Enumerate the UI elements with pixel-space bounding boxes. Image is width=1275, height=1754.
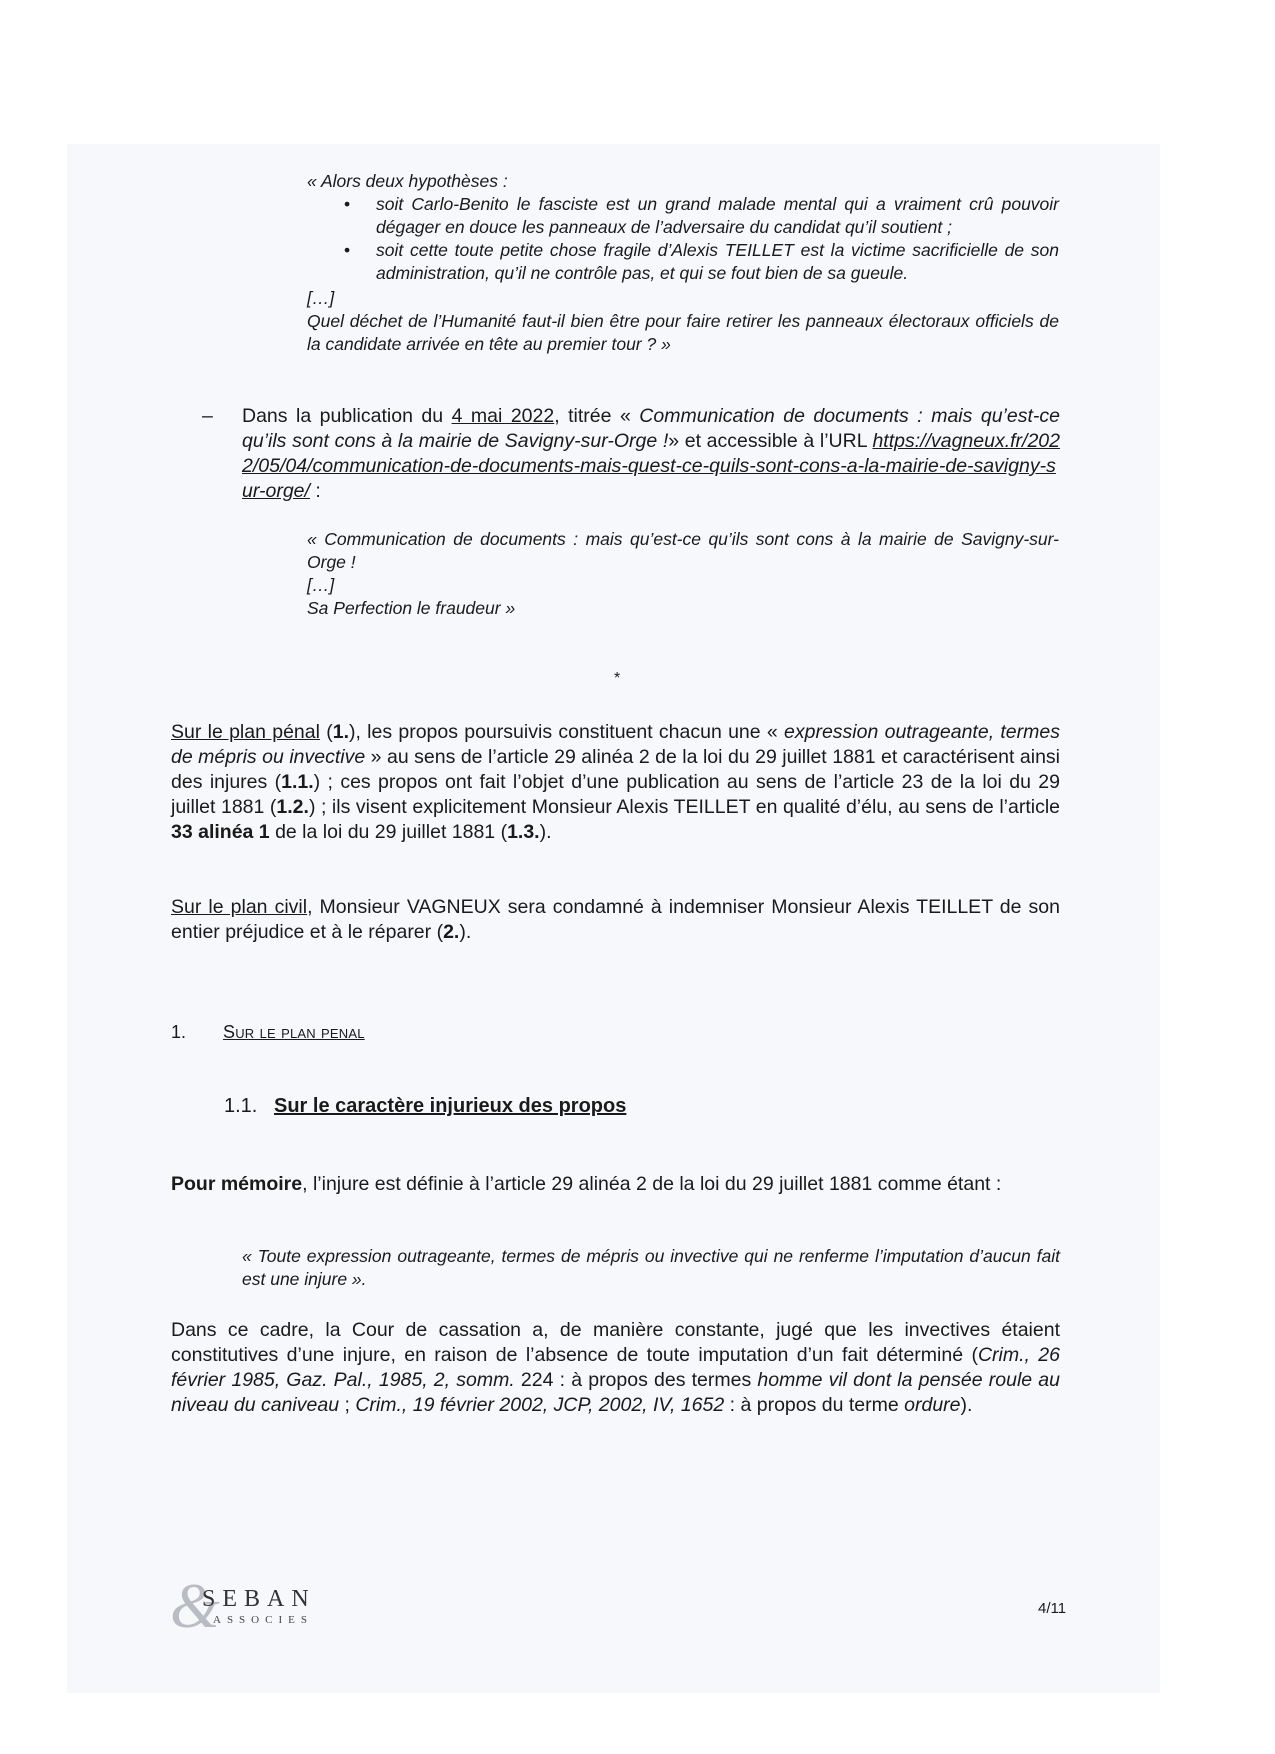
paragraph-cassation: Dans ce cadre, la Cour de cassation a, d… — [171, 1318, 1060, 1418]
paragraph-pour-memoire: Pour mémoire, l’injure est définie à l’a… — [171, 1172, 1060, 1197]
dash-bullet: – — [202, 404, 213, 429]
seban-associes-logo: & SEBAN ASSOCIES — [170, 1578, 370, 1638]
quote-bullet-2: • soit cette toute petite chose fragile … — [307, 239, 1059, 285]
bullet-icon: • — [344, 193, 350, 216]
quote-block-2: « Communication de documents : mais qu’e… — [307, 528, 1059, 620]
publication-date: 4 mai 2022 — [452, 405, 555, 427]
bullet-icon: • — [344, 239, 350, 262]
logo-wordmark: SEBAN — [202, 1586, 316, 1613]
quote-closing: Quel déchet de l’Humanité faut-il bien ê… — [307, 310, 1059, 356]
page-number: 4/11 — [1038, 1600, 1066, 1617]
quote-intro: « Alors deux hypothèses : — [307, 170, 1059, 193]
publication-item: – Dans la publication du 4 mai 2022, tit… — [242, 404, 1060, 504]
paragraph-plan-penal: Sur le plan pénal (1.), les propos pours… — [171, 720, 1060, 845]
section-separator: * — [614, 670, 620, 688]
quote-bullet-1: • soit Carlo-Benito le fasciste est un g… — [307, 193, 1059, 239]
logo-subtitle: ASSOCIES — [213, 1614, 313, 1626]
paragraph-plan-civil: Sur le plan civil, Monsieur VAGNEUX sera… — [171, 895, 1060, 945]
quote-ellipsis: […] — [307, 287, 1059, 310]
heading-section-1-1: 1.1.Sur le caractère injurieux des propo… — [224, 1095, 626, 1118]
quote-block-definition: « Toute expression outrageante, termes d… — [242, 1245, 1060, 1291]
heading-section-1: 1.Sur le plan penal — [171, 1022, 365, 1043]
quote-block-1: « Alors deux hypothèses : • soit Carlo-B… — [307, 170, 1059, 356]
